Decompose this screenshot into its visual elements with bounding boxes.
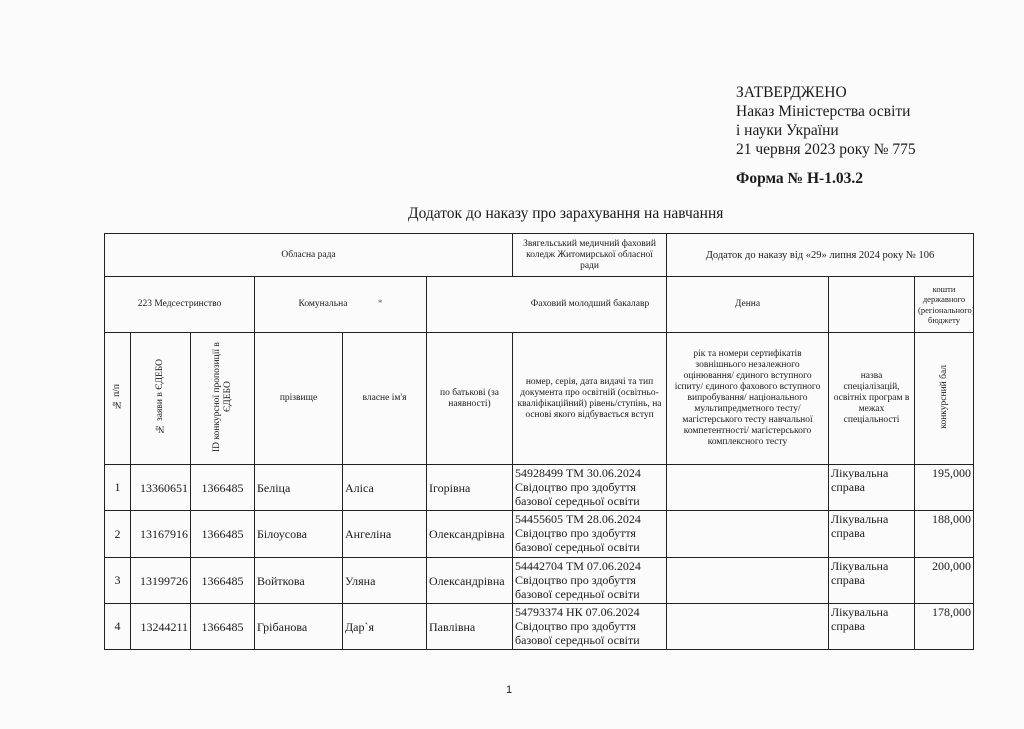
row-number: 1 bbox=[105, 465, 131, 511]
table-row: 2 13167916 1366485 Білоусова Ангеліна Ол… bbox=[105, 511, 974, 558]
ownership-marker: * bbox=[378, 299, 383, 309]
header-row-authority: Обласна рада Звягельський медичний фахов… bbox=[105, 234, 974, 277]
application-number: 13244211 bbox=[131, 604, 191, 650]
row-number: 4 bbox=[105, 604, 131, 650]
study-form-cell: Денна bbox=[667, 277, 829, 333]
score: 195,000 bbox=[915, 465, 974, 511]
table-row: 4 13244211 1366485 Грібанова Дар`я Павлі… bbox=[105, 604, 974, 650]
approval-line: Наказ Міністерства освіти bbox=[736, 102, 916, 121]
first-name: Дар`я bbox=[343, 604, 427, 650]
education-document: 54928499 ТМ 30.06.2024 Свідоцтво про здо… bbox=[513, 465, 667, 511]
col-header-score: конкурсний бал bbox=[915, 333, 974, 465]
funding-cell: кошти державного (регіонального) бюджету bbox=[915, 277, 974, 333]
ownership-text: Комунальна bbox=[298, 299, 347, 309]
application-number: 13199726 bbox=[131, 558, 191, 604]
specialization: Лікувальна справа bbox=[829, 511, 915, 558]
col-header-surname: прізвище bbox=[255, 333, 343, 465]
specialization: Лікувальна справа bbox=[829, 604, 915, 650]
form-number: Форма № Н-1.03.2 bbox=[736, 170, 863, 188]
col-header-application: № заяви в ЄДЕБО bbox=[131, 333, 191, 465]
approval-line: 21 червня 2023 року № 775 bbox=[736, 140, 916, 159]
specialization: Лікувальна справа bbox=[829, 558, 915, 604]
surname: Войткова bbox=[255, 558, 343, 604]
col-header-specialization: назва спеціалізацій, освітніх програм в … bbox=[829, 333, 915, 465]
score: 200,000 bbox=[915, 558, 974, 604]
empty-header-cell bbox=[829, 277, 915, 333]
table-row: 3 13199726 1366485 Войткова Уляна Олекса… bbox=[105, 558, 974, 604]
col-header-document: номер, серія, дата видачі та тип докумен… bbox=[513, 333, 667, 465]
approval-line: і науки України bbox=[736, 121, 916, 140]
col-header-text: конкурсний бал bbox=[939, 365, 950, 429]
first-name: Аліса bbox=[343, 465, 427, 511]
first-name: Ангеліна bbox=[343, 511, 427, 558]
surname: Білоусова bbox=[255, 511, 343, 558]
document-title: Додаток до наказу про зарахування на нав… bbox=[408, 205, 723, 223]
patronymic: Олександрівна bbox=[427, 511, 513, 558]
certificates bbox=[667, 604, 829, 650]
header-row-program: 223 Медсестринство Комунальна * Фаховий … bbox=[105, 277, 974, 333]
enrollment-table: Обласна рада Звягельський медичний фахов… bbox=[104, 233, 974, 650]
score: 178,000 bbox=[915, 604, 974, 650]
col-header-text: № п/п bbox=[112, 384, 123, 409]
ownership-cell: Комунальна * bbox=[255, 277, 427, 333]
approval-block: ЗАТВЕРДЖЕНО Наказ Міністерства освіти і … bbox=[736, 83, 916, 159]
row-number: 3 bbox=[105, 558, 131, 604]
patronymic: Олександрівна bbox=[427, 558, 513, 604]
application-number: 13167916 bbox=[131, 511, 191, 558]
col-header-text: № заяви в ЄДЕБО bbox=[155, 359, 166, 433]
offer-id: 1366485 bbox=[191, 511, 255, 558]
approval-line: ЗАТВЕРДЖЕНО bbox=[736, 83, 916, 102]
education-document: 54793374 НК 07.06.2024 Свідоцтво про здо… bbox=[513, 604, 667, 650]
col-header-number: № п/п bbox=[105, 333, 131, 465]
degree-cell: Фаховий молодший бакалавр bbox=[427, 277, 667, 333]
institution-cell: Звягельський медичний фаховий коледж Жит… bbox=[513, 234, 667, 277]
column-header-row: № п/п № заяви в ЄДЕБО ID конкурсної проп… bbox=[105, 333, 974, 465]
specialty-cell: 223 Медсестринство bbox=[105, 277, 255, 333]
specialization: Лікувальна справа bbox=[829, 465, 915, 511]
score: 188,000 bbox=[915, 511, 974, 558]
col-header-patronymic: по батькові (за наявності) bbox=[427, 333, 513, 465]
surname: Беліца bbox=[255, 465, 343, 511]
surname: Грібанова bbox=[255, 604, 343, 650]
col-header-text: ID конкурсної пропозиції в ЄДЕБО bbox=[212, 337, 234, 457]
certificates bbox=[667, 558, 829, 604]
first-name: Уляна bbox=[343, 558, 427, 604]
table-row: 1 13360651 1366485 Беліца Аліса Ігорівна… bbox=[105, 465, 974, 511]
application-number: 13360651 bbox=[131, 465, 191, 511]
col-header-certificates: рік та номери сертифікатів зовнішнього н… bbox=[667, 333, 829, 465]
offer-id: 1366485 bbox=[191, 558, 255, 604]
col-header-name: власне ім'я bbox=[343, 333, 427, 465]
col-header-offer-id: ID конкурсної пропозиції в ЄДЕБО bbox=[191, 333, 255, 465]
row-number: 2 bbox=[105, 511, 131, 558]
offer-id: 1366485 bbox=[191, 465, 255, 511]
page-number: 1 bbox=[506, 684, 512, 696]
patronymic: Павлівна bbox=[427, 604, 513, 650]
certificates bbox=[667, 511, 829, 558]
offer-id: 1366485 bbox=[191, 604, 255, 650]
patronymic: Ігорівна bbox=[427, 465, 513, 511]
education-document: 54455605 ТМ 28.06.2024 Свідоцтво про здо… bbox=[513, 511, 667, 558]
certificates bbox=[667, 465, 829, 511]
education-document: 54442704 ТМ 07.06.2024 Свідоцтво про здо… bbox=[513, 558, 667, 604]
order-ref-cell: Додаток до наказу від «29» липня 2024 ро… bbox=[667, 234, 974, 277]
authority-cell: Обласна рада bbox=[105, 234, 513, 277]
